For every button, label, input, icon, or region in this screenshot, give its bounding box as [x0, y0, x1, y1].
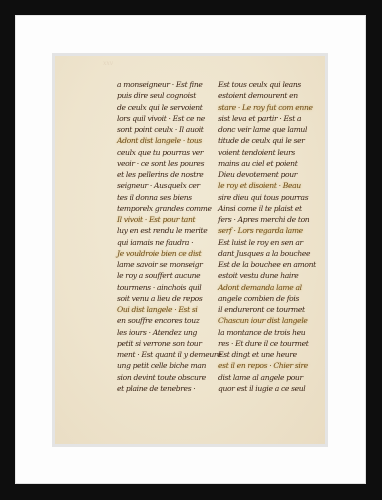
text-line: seigneur · Ausquelx cer: [117, 180, 221, 191]
text-line: en souffre encores touz: [117, 315, 221, 326]
text-line: Adont demanda lame al: [218, 282, 316, 293]
text-line: Je vouldroie bien ce dist: [117, 248, 221, 259]
text-line: lors quil vivoit · Est ce ne: [117, 113, 221, 124]
text-line: ung petit celle biche man: [117, 360, 221, 371]
text-line: sire dieu qui tous pourras: [218, 192, 316, 203]
text-line: Est tous ceulx qui leans: [218, 79, 316, 90]
text-line: Est luist le roy en sen ar: [218, 237, 316, 248]
text-line: angele combien de fois: [218, 293, 316, 304]
text-line: tourmens · ainchois quil: [117, 282, 221, 293]
text-line: soit venu a lieu de repos: [117, 293, 221, 304]
text-line: Chascun iour dist langele: [218, 315, 316, 326]
text-line: Oui dist langele · Est si: [117, 304, 221, 315]
text-line: ceulx que tu pourras ver: [117, 147, 221, 158]
text-line: fers · Apres merchi de ton: [218, 214, 316, 225]
picture-frame: xxv a monseigneur · Est fine puis dire s…: [0, 0, 382, 500]
text-line: dant Jusques a la bouchee: [218, 248, 316, 259]
text-line: luy en est rendu le merite: [117, 225, 221, 236]
text-line: serf · Lors regarda lame: [218, 225, 316, 236]
text-line: et les pellerins de nostre: [117, 169, 221, 180]
text-line: lame savoir se monseigr: [117, 259, 221, 270]
text-line: sist leva et partir · Est a: [218, 113, 316, 124]
text-line: le roy a souffert aucune: [117, 270, 221, 281]
text-line: est il en repos · Chier sire: [218, 360, 316, 371]
right-text-column: Est tous ceulx qui leans estoient demour…: [218, 79, 316, 394]
text-line: et plaine de tenebres ·: [117, 383, 221, 394]
text-line: de ceulx qui le servoient: [117, 102, 221, 113]
text-line: veoir · ce sont les poures: [117, 158, 221, 169]
text-line: tes il donna ses biens: [117, 192, 221, 203]
text-line: voient tendoient leurs: [218, 147, 316, 158]
text-line: a monseigneur · Est fine: [117, 79, 221, 90]
text-line: le roy et disoient · Beau: [218, 180, 316, 191]
page-number: xxv: [103, 60, 113, 67]
text-line: quor est il iugie a ce seul: [218, 383, 316, 394]
text-line: Dieu devotement pour: [218, 169, 316, 180]
text-line: Est dingt et une heure: [218, 349, 316, 360]
text-line: temporelx grandes comme: [117, 203, 221, 214]
text-line: qui iamais ne faudra ·: [117, 237, 221, 248]
text-line: Il vivoit · Est pour tant: [117, 214, 221, 225]
text-line: estoit vestu dune haire: [218, 270, 316, 281]
text-line: sion devint toute obscure: [117, 372, 221, 383]
text-line: estoient demourent en: [218, 90, 316, 101]
text-line: puis dire seul cognoist: [117, 90, 221, 101]
text-line: Ainsi come il te plaist et: [218, 203, 316, 214]
text-line: dist lame al angele pour: [218, 372, 316, 383]
text-line: titude de ceulx qui le ser: [218, 135, 316, 146]
text-line: la montance de trois heu: [218, 327, 316, 338]
text-line: stare · Le roy fut com enne: [218, 102, 316, 113]
text-line: les iours · Atendez ung: [117, 327, 221, 338]
text-line: donc veir lame que lamul: [218, 124, 316, 135]
text-line: sont point ceulx · Il auoit: [117, 124, 221, 135]
text-line: mains au ciel et poient: [218, 158, 316, 169]
text-line: petit si verrone son tour: [117, 338, 221, 349]
text-line: res · Et dure il ce tourmet: [218, 338, 316, 349]
text-line: il endureront ce tourmet: [218, 304, 316, 315]
text-line: Adont dist langele · tous: [117, 135, 221, 146]
text-line: Est de la bouchee en amont: [218, 259, 316, 270]
text-line: ment · Est quant il y demeure: [117, 349, 221, 360]
manuscript-page: xxv a monseigneur · Est fine puis dire s…: [55, 56, 325, 444]
left-text-column: a monseigneur · Est fine puis dire seul …: [117, 79, 221, 394]
